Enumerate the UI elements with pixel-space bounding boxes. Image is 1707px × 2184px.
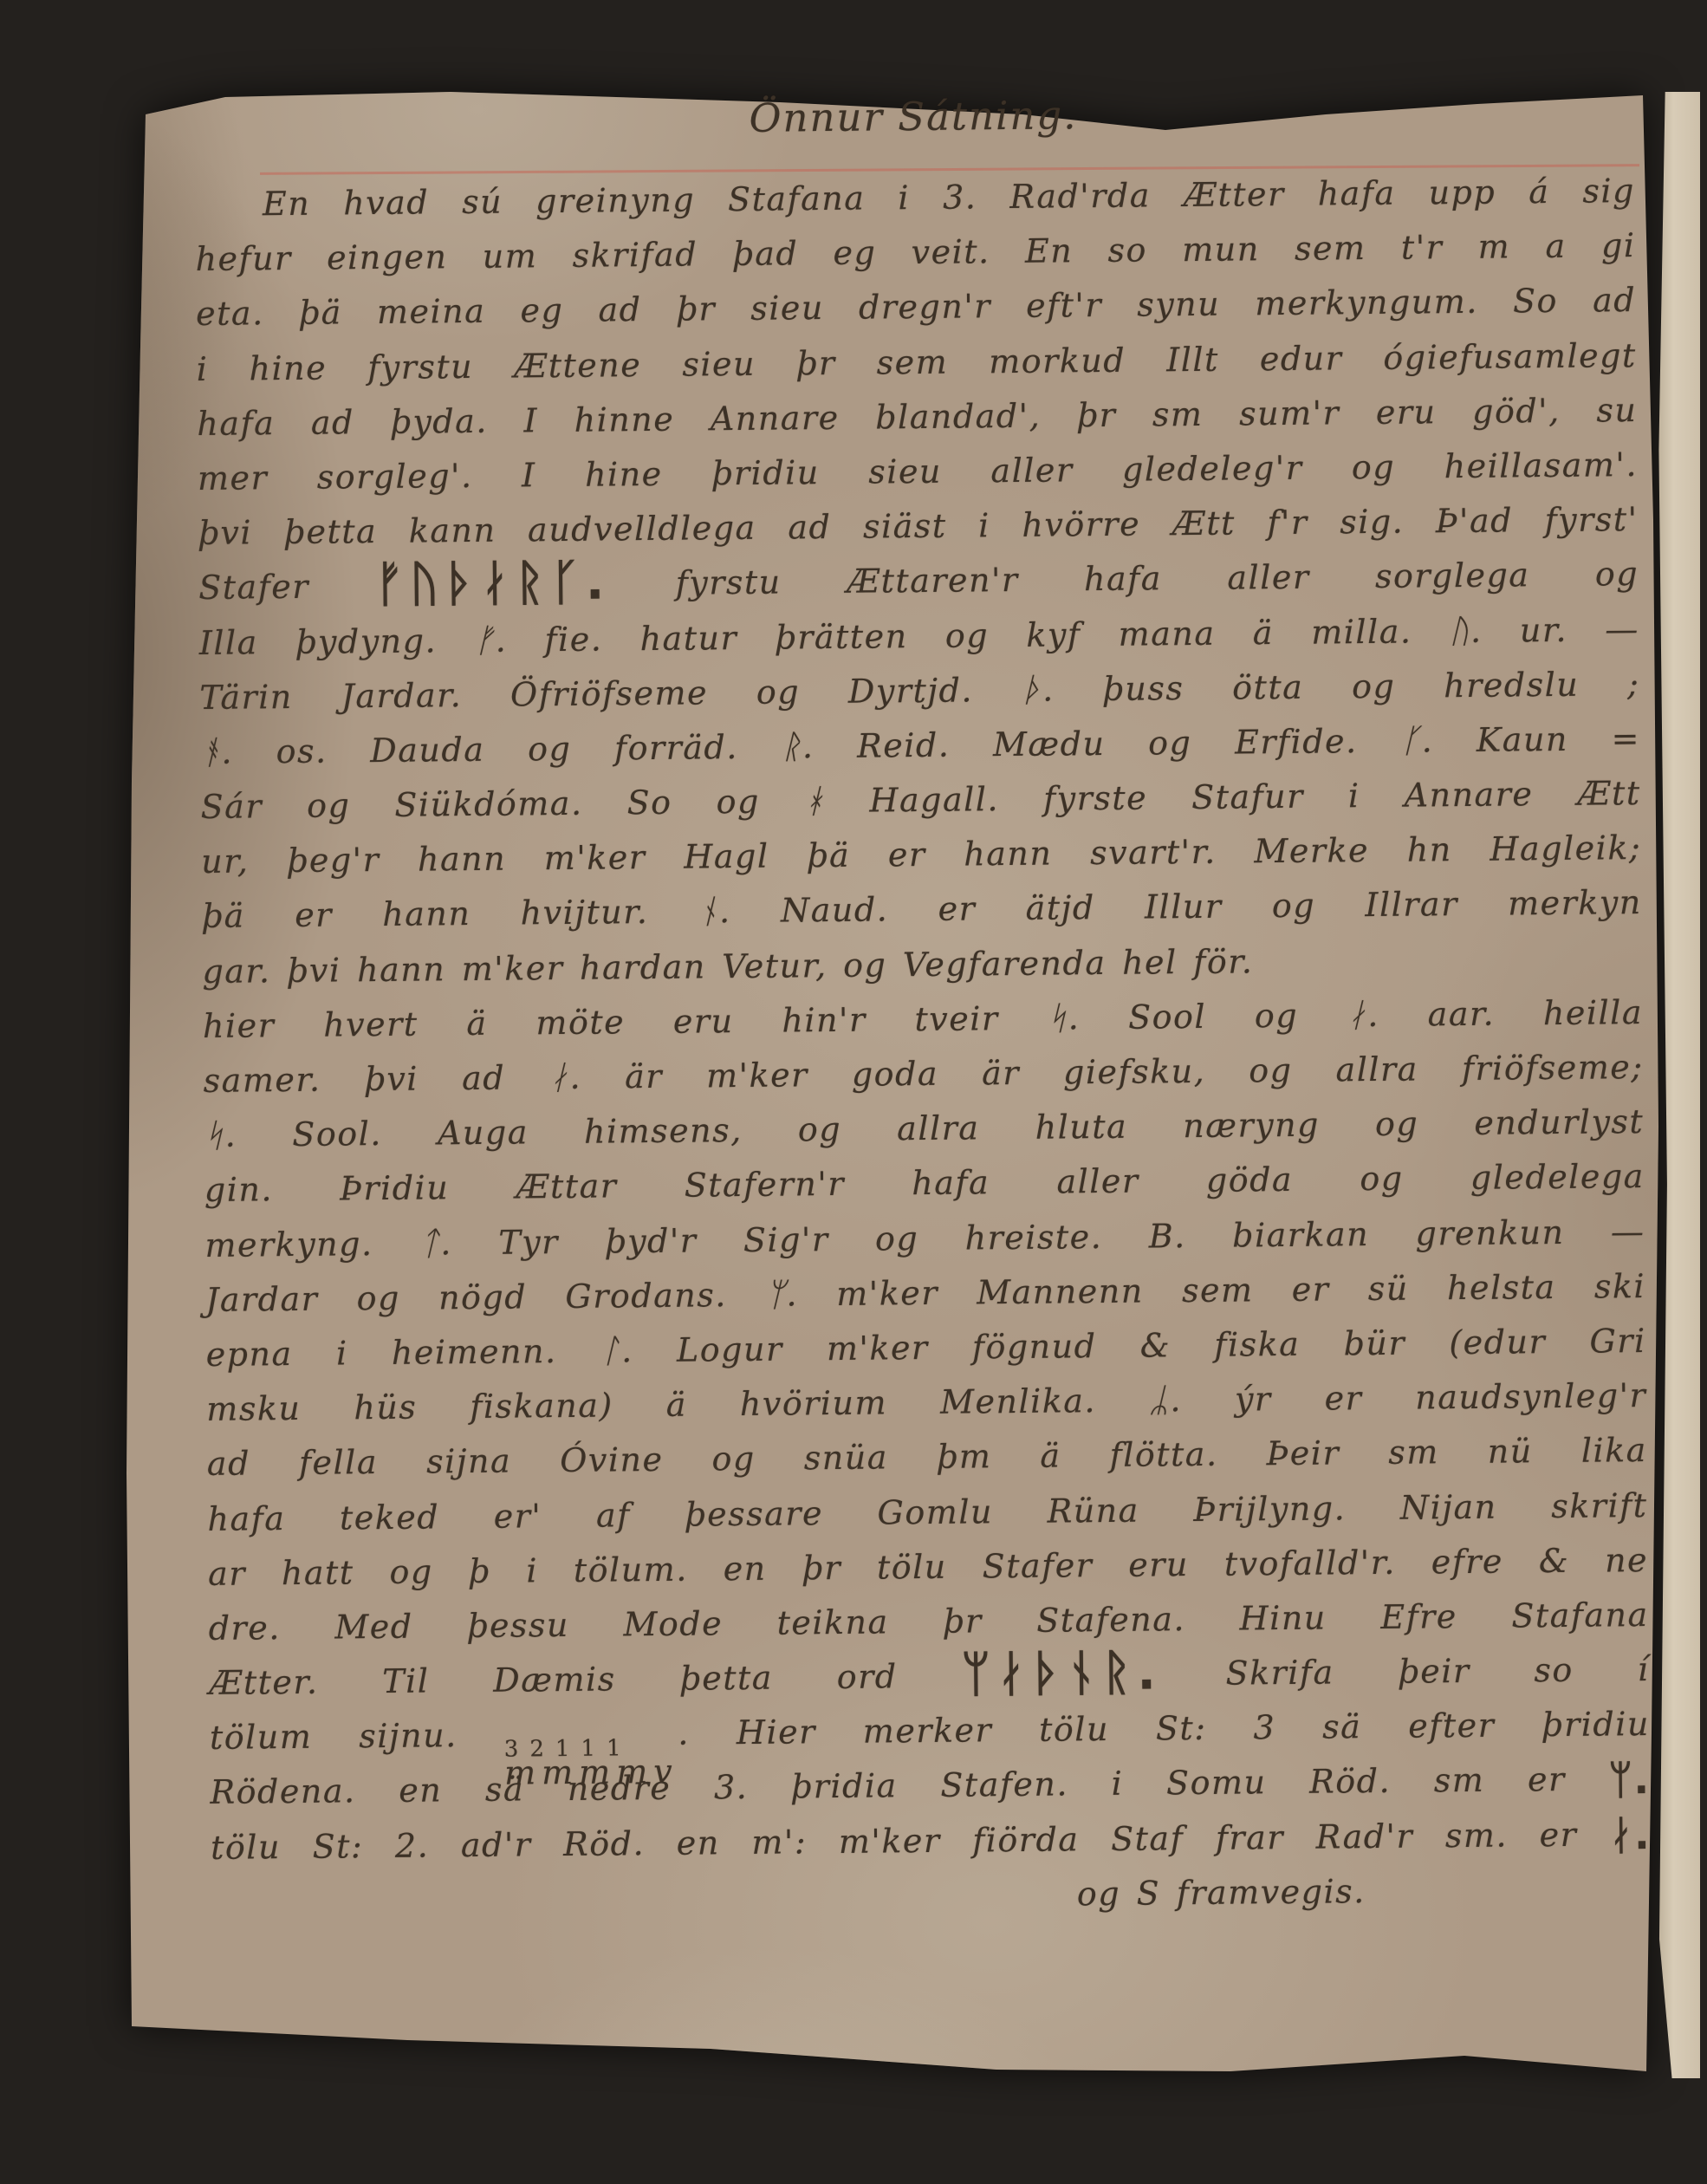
manuscript-lines: En hvad sú greinyng Stafana i 3. Rad'rda… <box>195 172 1652 1938</box>
ar-rune: ᛅ. <box>1609 1811 1652 1858</box>
page-heading: Önnur Sátning. <box>194 87 1632 146</box>
futhark-runes: ᚠᚢᚦᛅᚱᚴ. <box>374 555 610 614</box>
line-text: . Hier merker tölu St: 3 sä efter þridiu <box>678 1705 1650 1752</box>
line-text: tölum sijnu. <box>210 1716 504 1757</box>
manuscript-photo: Önnur Sátning. En hvad sú greinyng Stafa… <box>0 0 1707 2184</box>
madr-rune: ᛘ. <box>1608 1756 1651 1803</box>
line-text: Stafer <box>198 567 375 607</box>
line-text: Ætter. Til Dæmis þetta ord <box>209 1657 962 1702</box>
handwritten-text-block: Önnur Sátning. En hvad sú greinyng Stafa… <box>0 0 1707 2184</box>
madnr-runes: ᛘᛅᚦᚾᚱ. <box>961 1644 1162 1702</box>
line-text: Skrifa þeir so í <box>1162 1650 1650 1693</box>
